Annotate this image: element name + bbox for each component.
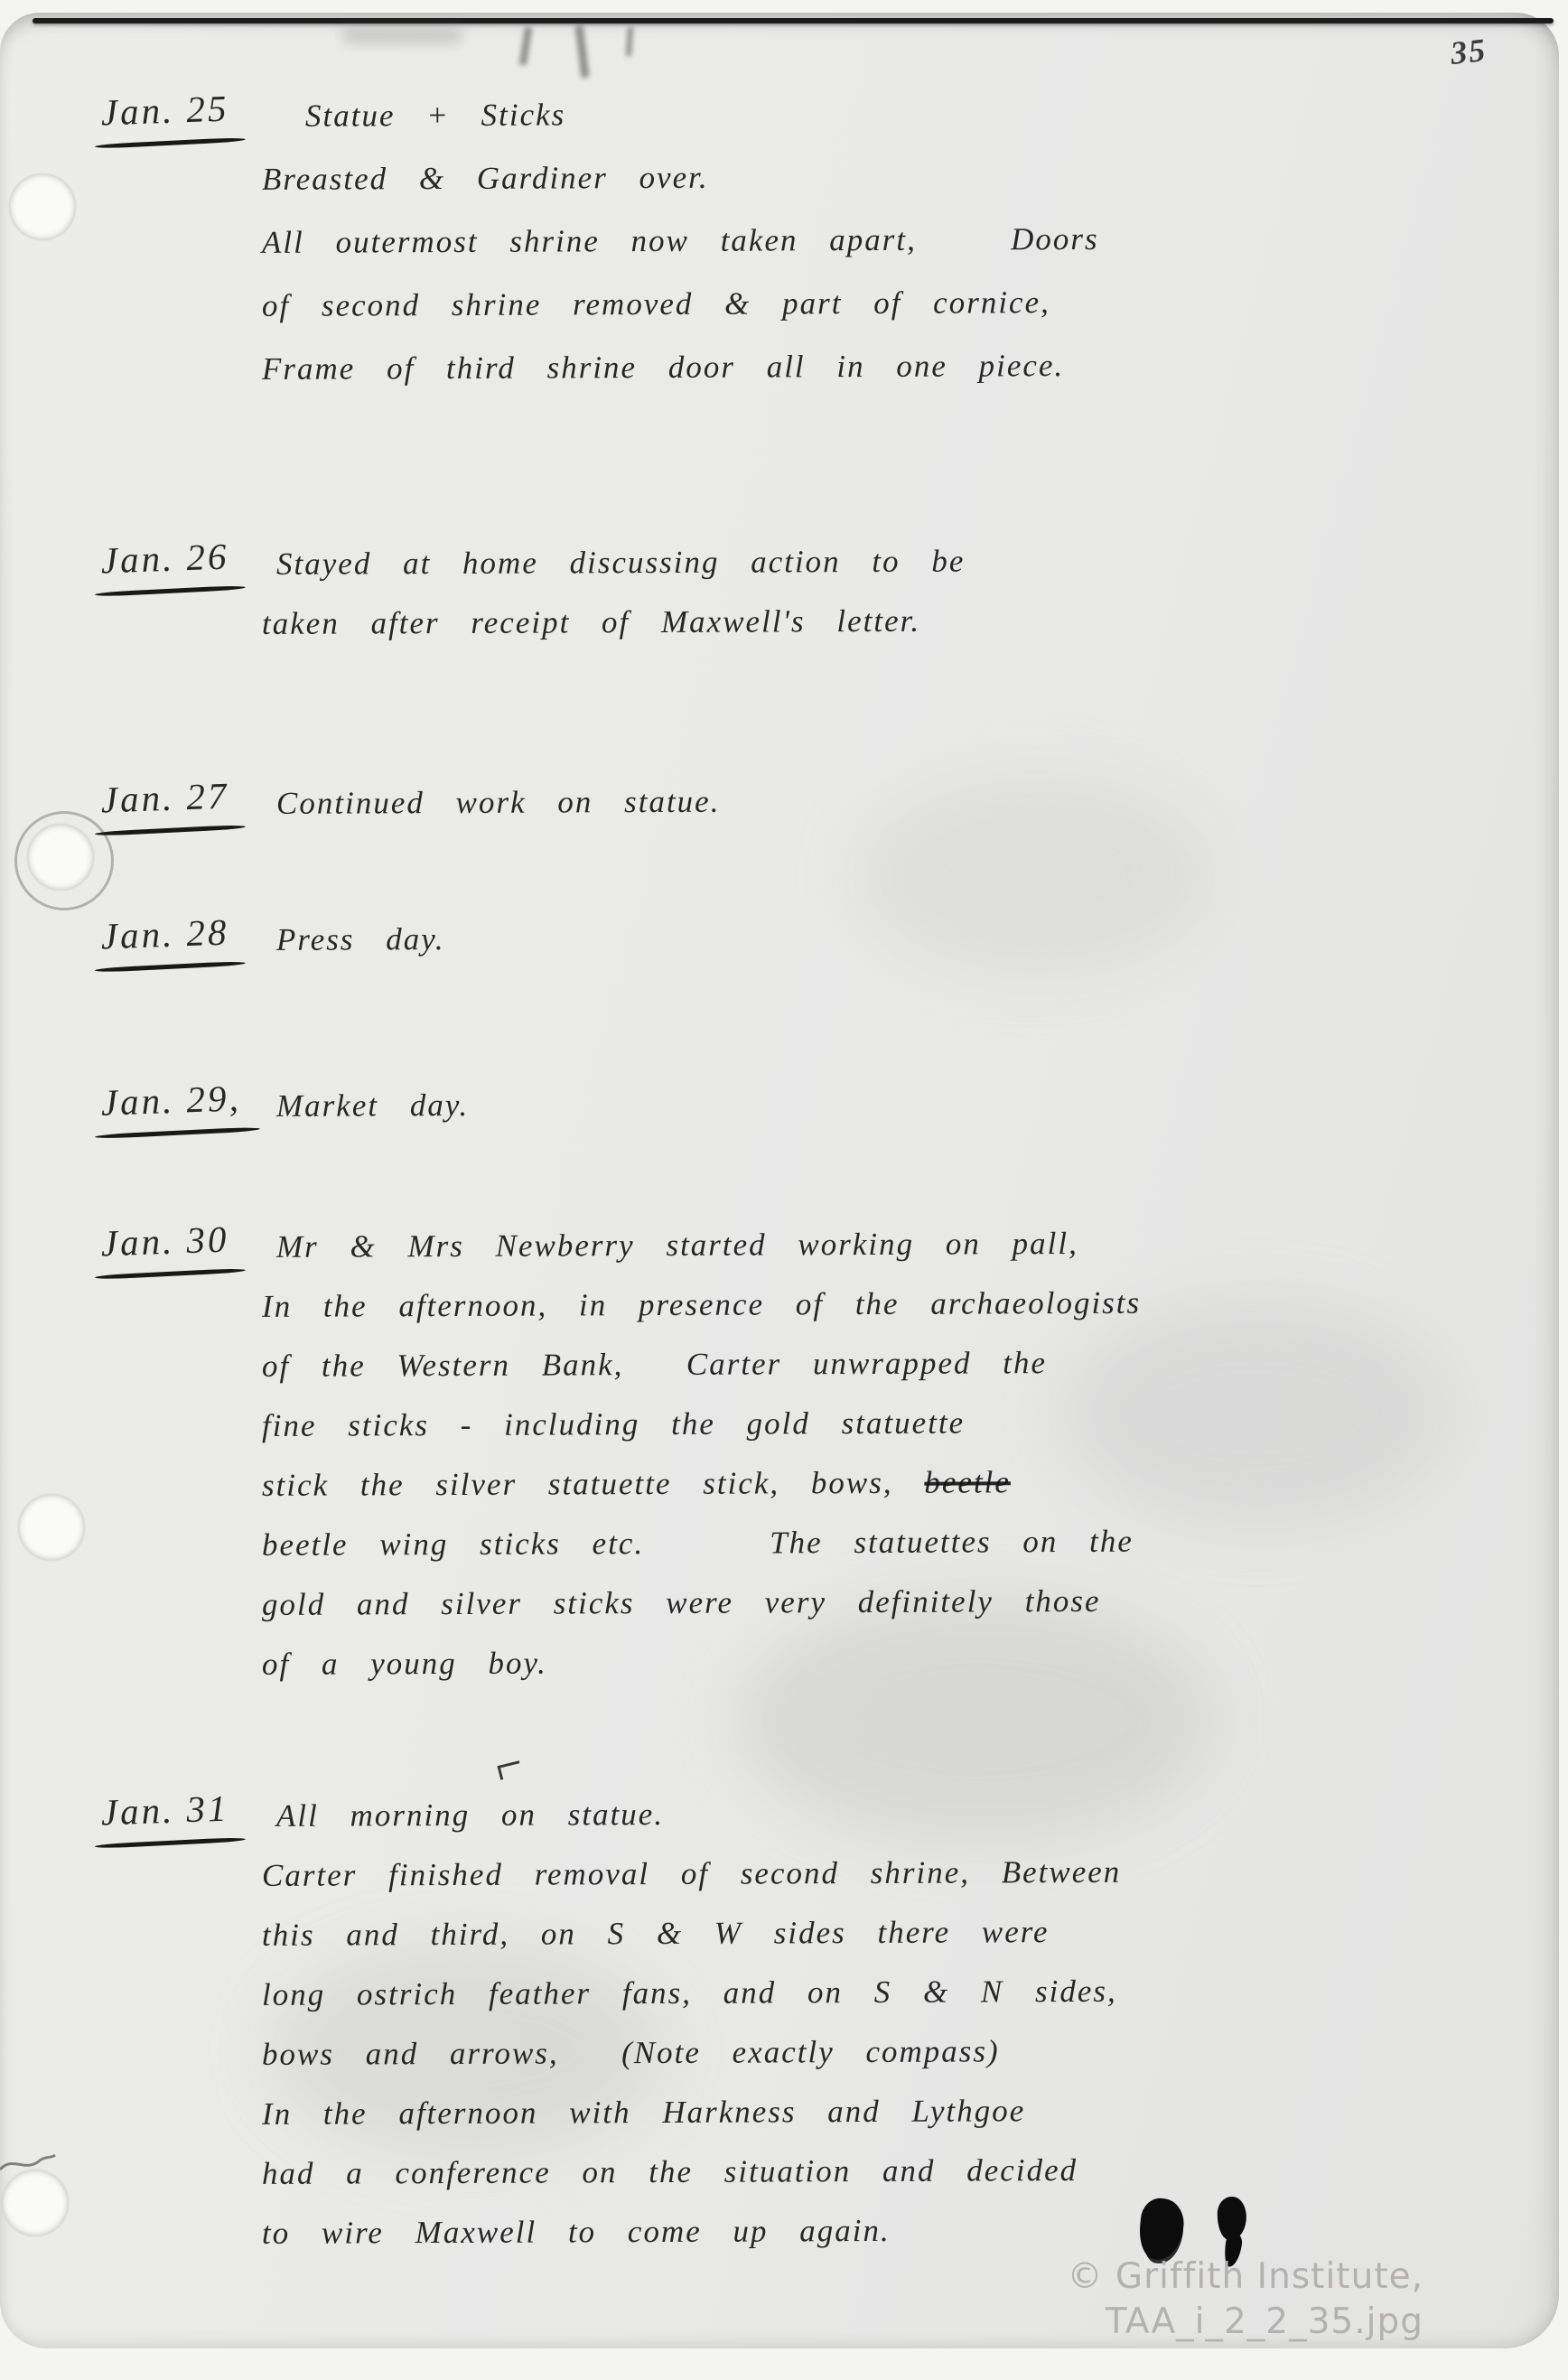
diary-line: Market day. (262, 1076, 1474, 1142)
entry-date: Jan. 25 (100, 87, 230, 148)
diary-line: taken after receipt of Maxwell's letter. (262, 593, 1474, 658)
diary-line: gold and silver sticks were very definit… (262, 1574, 1474, 1639)
diary-line: of the Western Bank, Carter unwrapped th… (262, 1336, 1474, 1401)
punch-hole (2, 2170, 69, 2236)
diary-page: 35 Jan. 25 Statue + Sticks Breasted & Ga… (0, 13, 1559, 2348)
watermark: © Griffith Institute, TAA_i_2_2_35.jpg (1067, 2254, 1423, 2345)
entry-jan-29: Jan. 29, Market day. (101, 1078, 1474, 1139)
diary-line: Continued work on statue. (262, 773, 1474, 839)
entry-jan-26: Jan. 26 Stayed at home discussing action… (101, 537, 1474, 656)
entry-date: Jan. 28 (100, 910, 230, 972)
struck-word: beetle (924, 1464, 1011, 1499)
diary-line: In the afternoon with Harkness and Lythg… (262, 2084, 1474, 2149)
entry-jan-28: Jan. 28 Press day. (101, 912, 1474, 973)
ink-smudge (574, 25, 589, 79)
diary-line: Breasted & Gardiner over. (262, 149, 1474, 218)
diary-line: of a young boy. (262, 1634, 1474, 1699)
diary-line: fine sticks - including the gold statuet… (262, 1395, 1474, 1461)
entry-date: Jan. 29, (100, 1076, 242, 1137)
punch-hole (9, 173, 76, 240)
page-top-edge (33, 18, 1554, 23)
punch-hole (18, 1494, 85, 1561)
entry-date: Jan. 27 (100, 774, 230, 835)
entry-date: Jan. 30 (100, 1218, 230, 1279)
diary-line: Frame of third shrine door all in one pi… (262, 339, 1474, 407)
entry-jan-30: Jan. 30 Mr & Mrs Newberry started workin… (101, 1219, 1474, 1696)
pencil-squiggle-mark (0, 2150, 56, 2179)
page-number: 35 (1449, 31, 1489, 72)
diary-line: bows and arrows, (Note exactly compass) (262, 2024, 1474, 2089)
entry-date: Jan. 31 (100, 1787, 230, 1848)
diary-line: this and third, on S & W sides there wer… (262, 1905, 1474, 1970)
diary-line: beetle wing sticks etc. The statuettes o… (262, 1515, 1474, 1580)
entry-date: Jan. 26 (100, 535, 230, 596)
diary-line: Carter finished removal of second shrine… (262, 1845, 1474, 1910)
watermark-line2: TAA_i_2_2_35.jpg (1067, 2300, 1423, 2345)
diary-line: stick the silver statuette stick, bows, … (262, 1455, 1474, 1520)
watermark-line1: © Griffith Institute, (1067, 2254, 1423, 2300)
entry-jan-25: Jan. 25 Statue + Sticks Breasted & Gardi… (101, 89, 1474, 405)
diary-line: Stayed at home discussing action to be (262, 534, 1474, 599)
paper-smear (343, 27, 461, 43)
diary-line: had a conference on the situation and de… (262, 2143, 1474, 2208)
diary-line: Press day. (262, 910, 1474, 975)
diary-line: long ostrich feather fans, and on S & N … (262, 1965, 1474, 2030)
diary-line: Statue + Sticks (262, 86, 1474, 154)
ink-smudge (626, 27, 633, 56)
diary-line: All morning on statue. (262, 1786, 1474, 1851)
diary-line: Mr & Mrs Newberry started working on pal… (262, 1217, 1474, 1282)
diary-line: In the afternoon, in presence of the arc… (262, 1276, 1474, 1341)
insertion-caret-mark (497, 1760, 522, 1780)
diary-line-text: stick the silver statuette stick, bows, (262, 1465, 925, 1503)
diary-line: All outermost shrine now taken apart, Do… (262, 212, 1474, 281)
diary-line: of second shrine removed & part of corni… (262, 275, 1474, 344)
entry-jan-27: Jan. 27 Continued work on statue. (101, 776, 1474, 836)
punch-hole (27, 824, 94, 891)
entry-jan-31: Jan. 31 All morning on statue. Carter fi… (101, 1788, 1474, 2265)
ink-smudge (519, 27, 532, 66)
